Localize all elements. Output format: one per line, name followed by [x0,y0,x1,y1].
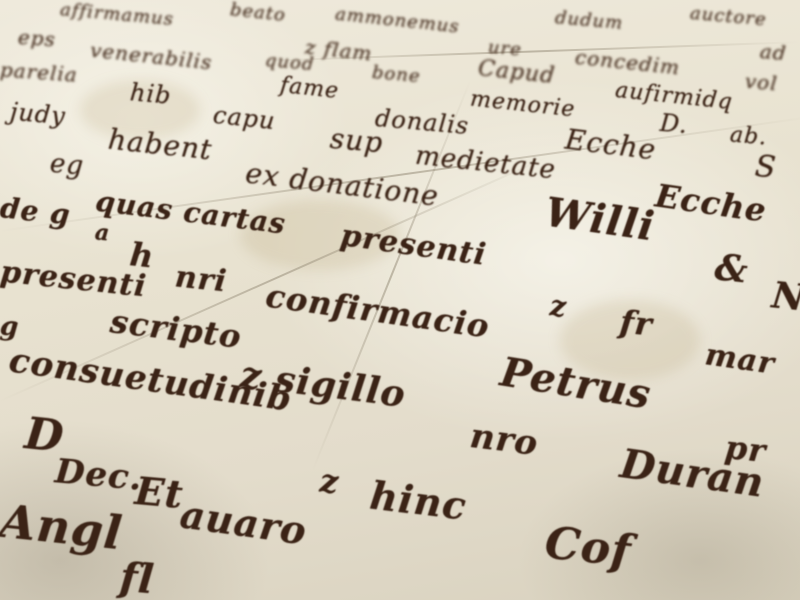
script-word: Cof [543,518,634,578]
script-word: concedim [574,45,681,80]
script-word: scripto [108,302,244,356]
script-word: mar [703,337,777,381]
script-word: Ecche [563,123,658,167]
script-word: Angl [0,494,125,561]
script-word: Et [133,468,185,517]
script-word: Dec. [53,451,144,498]
script-word: donalis [374,104,470,140]
script-word: sup [329,122,385,160]
script-word: nri [173,259,228,299]
script-word: hib [129,78,173,110]
script-word: eps [17,25,56,52]
script-word: vol [744,69,779,96]
script-word: eg [49,149,86,182]
script-word: nro [468,416,541,464]
script-word: Capud [477,56,556,89]
script-word: a [94,219,111,246]
script-word: memorie [469,87,577,123]
script-word: dudum [554,7,624,34]
script-word: beato [229,0,287,26]
script-word: parelia [0,57,79,86]
script-word: S [754,149,779,186]
script-word: fl [118,554,156,600]
script-word: fame [279,73,340,104]
script-word: z [318,461,340,501]
script-word: presenti [0,254,148,304]
script-word: capu [212,101,277,135]
script-word: auaro [177,491,309,553]
script-word: judy [9,98,67,131]
script-word: g [0,311,20,343]
script-word: Willi [542,189,657,251]
script-word: bone [371,62,421,87]
script-word: ammonemus [334,4,460,38]
manuscript-photo: affirmamusbeatoammonemusdudumauctoreepsv… [0,0,800,600]
script-word: D. [659,109,689,139]
script-word: auctore [689,3,767,31]
script-word: venerabilis [89,38,213,75]
script-word: hinc [368,472,470,528]
script-word: de g [0,191,72,231]
script-word: affirmamus [59,0,175,30]
script-word: Ecche [653,176,769,229]
script-word: & [713,246,751,291]
script-word: z [549,289,569,323]
script-word: habent [107,123,214,167]
script-word: N [770,274,800,319]
script-word: fr [618,302,654,343]
script-word: ad [759,39,788,65]
script-word: confirmacio [263,276,492,345]
script-word: ab. [729,122,768,150]
